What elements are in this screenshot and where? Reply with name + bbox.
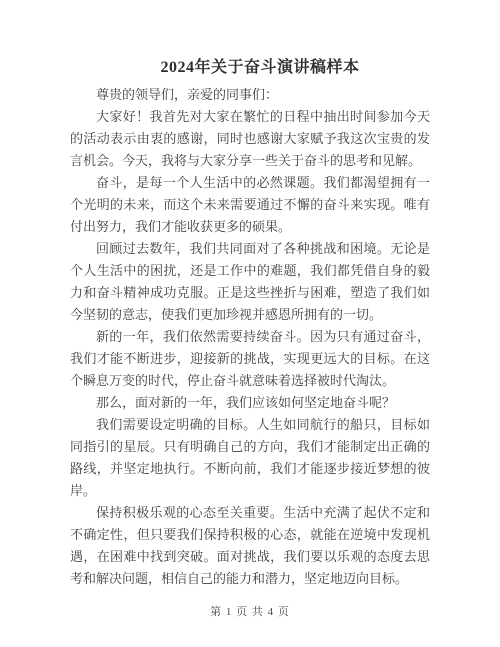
paragraph-question: 那么，面对新的一年，我们应该如何坚定地奋斗呢？	[70, 392, 430, 414]
page-footer: 第 1 页 共 4 页	[0, 603, 500, 619]
document-title: 2024年关于奋斗演讲稿样本	[20, 54, 500, 77]
salutation: 尊贵的领导们，亲爱的同事们：	[70, 84, 430, 106]
paragraph-review-past-years: 回顾过去数年，我们共同面对了各种挑战和困境。无论是个人生活中的困扰，还是工作中的…	[70, 238, 430, 326]
document-body: 尊贵的领导们，亲爱的同事们： 大家好！我首先对大家在繁忙的日程中抽出时间参加今天…	[70, 84, 430, 590]
page-number-label: 第 1 页 共 4 页	[210, 606, 290, 618]
document-page: 2024年关于奋斗演讲稿样本 尊贵的领导们，亲爱的同事们： 大家好！我首先对大家…	[0, 0, 500, 647]
paragraph-set-goals: 我们需要设定明确的目标。人生如同航行的船只，目标如同指引的星辰。只有明确自己的方…	[70, 414, 430, 502]
paragraph-greeting-thanks: 大家好！我首先对大家在繁忙的日程中抽出时间参加今天的活动表示由衷的感谢，同时也感…	[70, 106, 430, 172]
paragraph-striving-theme: 奋斗，是每一个人生活中的必然课题。我们都渴望拥有一个光明的未来，而这个未来需要通…	[70, 172, 430, 238]
paragraph-positive-mindset: 保持积极乐观的心态至关重要。生活中充满了起伏不定和不确定性，但只要我们保持积极的…	[70, 502, 430, 590]
paragraph-new-year-striving: 新的一年，我们依然需要持续奋斗。因为只有通过奋斗，我们才能不断进步，迎接新的挑战…	[70, 326, 430, 392]
